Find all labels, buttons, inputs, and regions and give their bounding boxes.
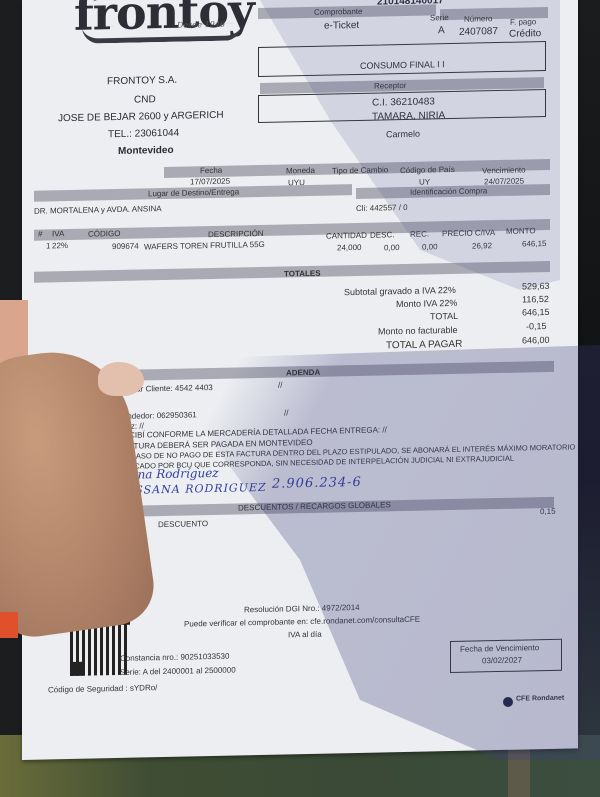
fecha-value: 17/07/2025 — [190, 177, 230, 187]
col-iva: IVA — [52, 229, 64, 238]
receptor-label: Receptor — [374, 81, 406, 91]
row-codigo: 909674 — [112, 242, 139, 252]
total-value-iva: 116,52 — [522, 294, 549, 305]
background-dark — [575, 0, 600, 797]
moneda-label: Moneda — [286, 166, 315, 176]
constancia: Constancia nro.: 90251033530 — [120, 652, 229, 663]
numero-label: Número — [464, 14, 492, 24]
total-label-nofact: Monto no facturable — [378, 325, 458, 337]
total-value-total: 646,15 — [522, 307, 550, 318]
total-value-subtotal: 529,63 — [522, 281, 550, 292]
comprobante-value: e-Ticket — [324, 20, 359, 32]
total-label-iva: Monto IVA 22% — [396, 298, 457, 309]
total-value-nofact: -0,15 — [526, 321, 547, 331]
comprobante-label: Comprobante — [314, 7, 362, 17]
resolucion-dgi: Resolución DGI Nro.: 4972/2014 — [244, 603, 360, 614]
fecha-label: Fecha — [200, 166, 222, 175]
numero-value: 2407087 — [459, 26, 498, 38]
row-descripcion: WAFERS TOREN FRUTILLA 55G — [144, 240, 265, 252]
cfe-logo-icon — [503, 697, 513, 707]
iva-al-dia: IVA al día — [288, 630, 322, 640]
company-line2: CND — [134, 94, 156, 105]
serie-value: A — [438, 25, 445, 36]
thumb-nail — [98, 362, 144, 396]
serie-label: Serie — [430, 13, 449, 22]
lugar-label: Lugar de Destino/Entrega — [148, 187, 239, 198]
row-precio: 26,92 — [472, 241, 492, 250]
descuento-label: DESCUENTO — [158, 519, 208, 529]
total-label-pagar: TOTAL A PAGAR — [386, 339, 462, 352]
col-descripcion: DESCRIPCIÓN — [208, 229, 264, 239]
company-phone: TEL.: 23061044 — [108, 128, 179, 140]
col-cantidad: CANTIDAD — [326, 231, 367, 241]
col-precio: PRECIO C/IVA — [442, 228, 495, 238]
cfe-provider: CFE Rondanet — [516, 695, 564, 703]
col-codigo: CÓDIGO — [88, 229, 120, 239]
serie-range: Serie: A del 2400001 al 2500000 — [120, 666, 236, 677]
logo-tagline: Desde 1946 — [177, 20, 225, 30]
verificar-text: Puede verificar el comprobante en: cfe.r… — [184, 615, 420, 629]
vencimiento-label: Vencimiento — [482, 165, 526, 175]
total-label-total: TOTAL — [430, 311, 458, 322]
descuento-value: 0,15 — [540, 507, 556, 516]
handwritten-ci: 2.906.234-6 — [272, 475, 362, 492]
adenda-header: ADENDA — [286, 368, 320, 378]
company-city: Montevideo — [118, 145, 174, 157]
adenda-line-4: // — [284, 408, 288, 417]
red-object — [0, 612, 18, 638]
adenda-line-6: Recibí conforme la mercadería detallada … — [118, 425, 387, 440]
ident-label: Identificación Compra — [410, 186, 487, 197]
fpago-value: Crédito — [509, 28, 541, 40]
row-num: 1 — [46, 241, 50, 250]
tipo-cambio-label: Tipo de Cambio — [332, 165, 388, 175]
company-name: FRONTOY S.A. — [107, 75, 177, 87]
adenda-line-2: // — [278, 381, 282, 390]
footer-vencimiento-value: 03/02/2027 — [482, 656, 522, 666]
lugar-value: DR. MORTALENA y AVDA. ANSINA — [34, 204, 162, 216]
codigo-pais-value: UY — [419, 177, 430, 186]
receptor-name: TAMARA, NIRIA — [372, 110, 445, 123]
codigo-pais-label: Código de País — [400, 165, 455, 175]
row-monto: 646,15 — [522, 239, 546, 249]
total-label-subtotal: Subtotal gravado a IVA 22% — [344, 285, 456, 297]
total-value-pagar: 646,00 — [522, 335, 550, 346]
row-rec: 0,00 — [422, 242, 438, 251]
col-num: # — [38, 230, 42, 239]
col-desc: DESC. — [370, 230, 394, 240]
codigo-seguridad: Código de Seguridad : sYDRo/ — [48, 683, 157, 694]
footer-vencimiento-label: Fecha de Vencimiento — [460, 643, 539, 654]
row-iva: 22% — [52, 241, 68, 250]
row-cantidad: 24,000 — [337, 243, 361, 253]
totales-header: TOTALES — [284, 269, 321, 279]
consumo-final: CONSUMO FINAL I I — [360, 59, 445, 71]
row-desc: 0,00 — [384, 243, 400, 252]
receptor-ci: C.I. 36210483 — [372, 96, 435, 108]
company-address: JOSE DE BEJAR 2600 y ARGERICH — [58, 110, 224, 124]
fpago-label: F. pago — [510, 17, 536, 27]
adenda-bar — [122, 361, 554, 381]
ident-value: Cli: 442557 / 0 — [356, 203, 408, 213]
col-monto: MONTO — [506, 226, 536, 236]
col-rec: REC. — [410, 229, 429, 238]
receptor-city: Carmelo — [386, 129, 420, 140]
